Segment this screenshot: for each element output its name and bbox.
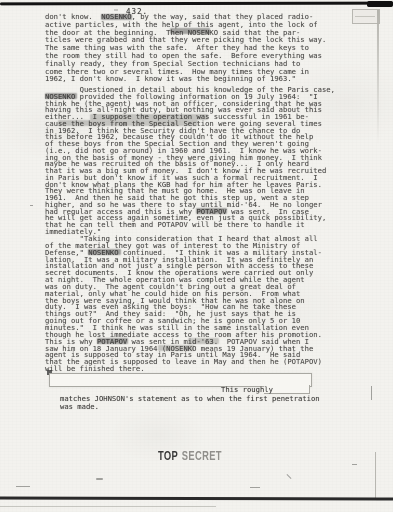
annotation-note: This roughly <box>221 385 273 394</box>
overstrike-smudge <box>45 93 77 99</box>
paragraph-1: don't know. NOSENKO, by the way, said th… <box>45 13 326 83</box>
overstrike-smudge <box>58 120 198 126</box>
scan-speck <box>352 464 357 465</box>
stamp-box-line <box>355 16 375 17</box>
scan-top-edge-blob <box>367 1 393 7</box>
scan-speck <box>114 9 118 11</box>
right-margin-line <box>377 10 379 145</box>
top-right-stamp-box <box>352 9 380 24</box>
paragraph-2: Questioned in detail about his knowledge… <box>45 87 335 236</box>
scan-bottom-edge <box>0 496 393 500</box>
document-page: 432. don't know. NOSENKO, by the way, sa… <box>0 0 393 512</box>
scan-speck <box>287 474 292 479</box>
paragraph-3: "Taking into consideration that I heard … <box>45 236 322 373</box>
scan-bottom-edge-secondary <box>0 506 216 507</box>
scan-speck <box>371 386 372 400</box>
overstrike-smudge <box>88 249 121 255</box>
annotation-caption: matches JOHNSON's statement as to when t… <box>60 395 320 411</box>
scan-speck <box>16 486 30 487</box>
stamp-word-secret: SECRET <box>182 448 222 463</box>
scan-top-edge <box>0 2 393 6</box>
scan-speck <box>96 478 103 480</box>
overstrike-smudge <box>97 338 128 344</box>
overstrike-smudge <box>101 14 132 20</box>
overstrike-smudge <box>158 345 194 351</box>
right-margin-line-bottom <box>375 452 376 500</box>
overstrike-smudge <box>170 28 210 34</box>
stamp-word-top: TOP <box>158 448 178 463</box>
overstrike-smudge <box>196 208 227 214</box>
scan-speck <box>250 487 260 488</box>
overstrike-smudge <box>188 338 219 344</box>
scan-speck <box>30 205 33 206</box>
top-secret-stamp: TOP SECRET <box>158 448 222 463</box>
